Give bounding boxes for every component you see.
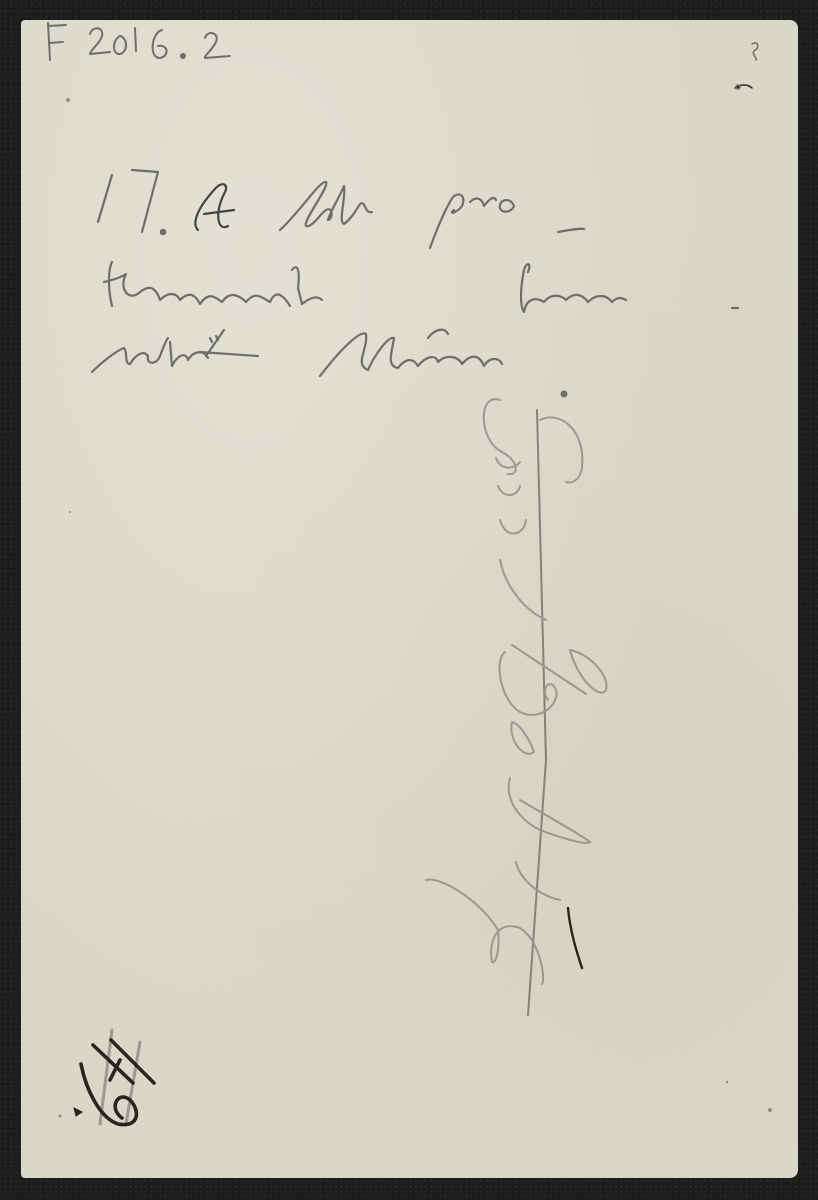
handwriting-layer [0,0,818,1200]
caption-line-2 [104,262,738,312]
signature-handwriting [426,399,607,1015]
signature-dash [568,908,582,968]
caption-line-1 [98,170,584,248]
caption-line-3 [92,330,566,397]
inventory-number-handwriting [74,1030,154,1125]
card-specks [59,98,773,1118]
accession-number-handwriting [48,23,230,60]
corner-mark [735,43,758,89]
